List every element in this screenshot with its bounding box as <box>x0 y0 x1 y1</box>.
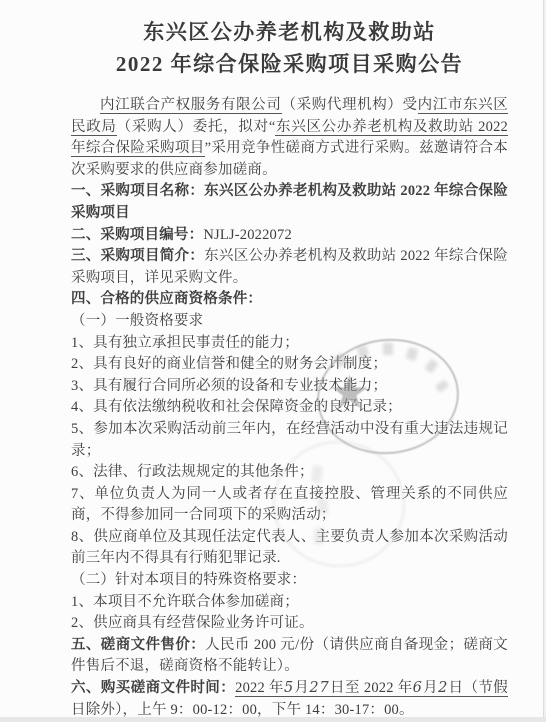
section-label: 五、磋商文件售价： <box>71 637 205 653</box>
section-qualification: 四、合格的供应商资格条件： <box>71 289 508 311</box>
handwritten-day-end: 2 <box>438 680 448 696</box>
office-hours-text: 上午 9：00-12：00，下午 14：30-17：00。 <box>137 702 413 718</box>
section-project-number: 二、采购项目编号：NJLJ-2022072 <box>71 225 508 247</box>
date-text: 2022 年 <box>235 680 284 696</box>
project-number-value: NJLJ-2022072 <box>203 227 292 243</box>
scanned-document-page: 东兴区公办养老机构及救助站 2022 年综合保险采购项目采购公告 内江联合产权服… <box>0 0 546 722</box>
list-item: 1、具有独立承担民事责任的能力； <box>71 333 508 355</box>
date-text: 月 <box>423 680 438 696</box>
page-edge-bottom <box>0 717 546 722</box>
intro-paragraph: 内江联合产权服务有限公司（采购代理机构）受内江市东兴区民政局（采购人）委托，拟对… <box>71 95 508 181</box>
handwritten-day-start: 27 <box>309 680 329 696</box>
list-item: 4、具有依法缴纳税收和社会保障资金的良好记录； <box>71 397 508 419</box>
intro-text-segment: （采购代理机构）受 <box>282 97 418 113</box>
list-item: 1、本项目不允许联合体参加磋商； <box>71 592 508 614</box>
subsection-special-requirements: （二）针对本项目的特殊资格要求： <box>71 570 508 592</box>
procurement-agency-name: 内江联合产权服务有限公司 <box>100 97 282 114</box>
handwritten-month-end: 6 <box>413 680 423 696</box>
section-label: 二、采购项目编号： <box>71 227 203 243</box>
list-item: 5、参加本次采购活动前三年内，在经营活动中没有重大违法违规记录； <box>71 419 508 462</box>
document-body: 内江联合产权服务有限公司（采购代理机构）受内江市东兴区民政局（采购人）委托，拟对… <box>71 95 508 721</box>
title-line-1: 东兴区公办养老机构及救助站 <box>71 16 508 48</box>
list-item: 3、具有履行合同所必须的设备和专业技术能力； <box>71 376 508 398</box>
section-label: 一、采购项目名称： <box>71 183 204 199</box>
intro-text-segment: （采购人）委托，拟对“ <box>117 119 276 135</box>
list-item: 2、供应商具有经营保险业务许可证。 <box>71 613 508 635</box>
section-label: 四、合格的供应商资格条件： <box>71 291 262 307</box>
section-document-price: 五、磋商文件售价：人民币 200 元/份（请供应商自备现金；磋商文件售后不退，磋… <box>71 635 508 678</box>
date-text: 日至 2022 年 <box>330 680 413 696</box>
section-project-name: 一、采购项目名称：东兴区公办养老机构及救助站 2022 年综合保险采购项目 <box>71 181 508 224</box>
list-item: 7、单位负责人为同一人或者存在直接控股、管理关系的不同供应商，不得参加同一合同项… <box>71 484 508 527</box>
document-content: 东兴区公办养老机构及救助站 2022 年综合保险采购项目采购公告 内江联合产权服… <box>71 16 508 721</box>
document-title: 东兴区公办养老机构及救助站 2022 年综合保险采购项目采购公告 <box>71 16 508 80</box>
list-item: 8、供应商单位及其现任法定代表人、主要负责人参加本次采购活动前三年内不得具有行贿… <box>71 527 508 570</box>
section-label: 六、购买磋商文件时间： <box>71 680 235 696</box>
list-item: 6、法律、行政法规规定的其他条件； <box>71 462 508 484</box>
title-line-2: 2022 年综合保险采购项目采购公告 <box>71 48 508 80</box>
date-text: 月 <box>294 680 309 696</box>
page-edge-right-line <box>543 0 544 722</box>
handwritten-month-start: 5 <box>284 680 294 696</box>
list-item: 2、具有良好的商业信誉和健全的财务会计制度； <box>71 354 508 376</box>
section-label: 三、采购项目简介： <box>71 248 204 264</box>
subsection-general-requirements: （一）一般资格要求 <box>71 311 508 333</box>
section-project-brief: 三、采购项目简介：东兴区公办养老机构及救助站 2022 年综合保险采购项目，详见… <box>71 246 508 289</box>
section-purchase-time: 六、购买磋商文件时间：2022 年5月27日至 2022 年6月2日（节假日除外… <box>71 678 508 721</box>
